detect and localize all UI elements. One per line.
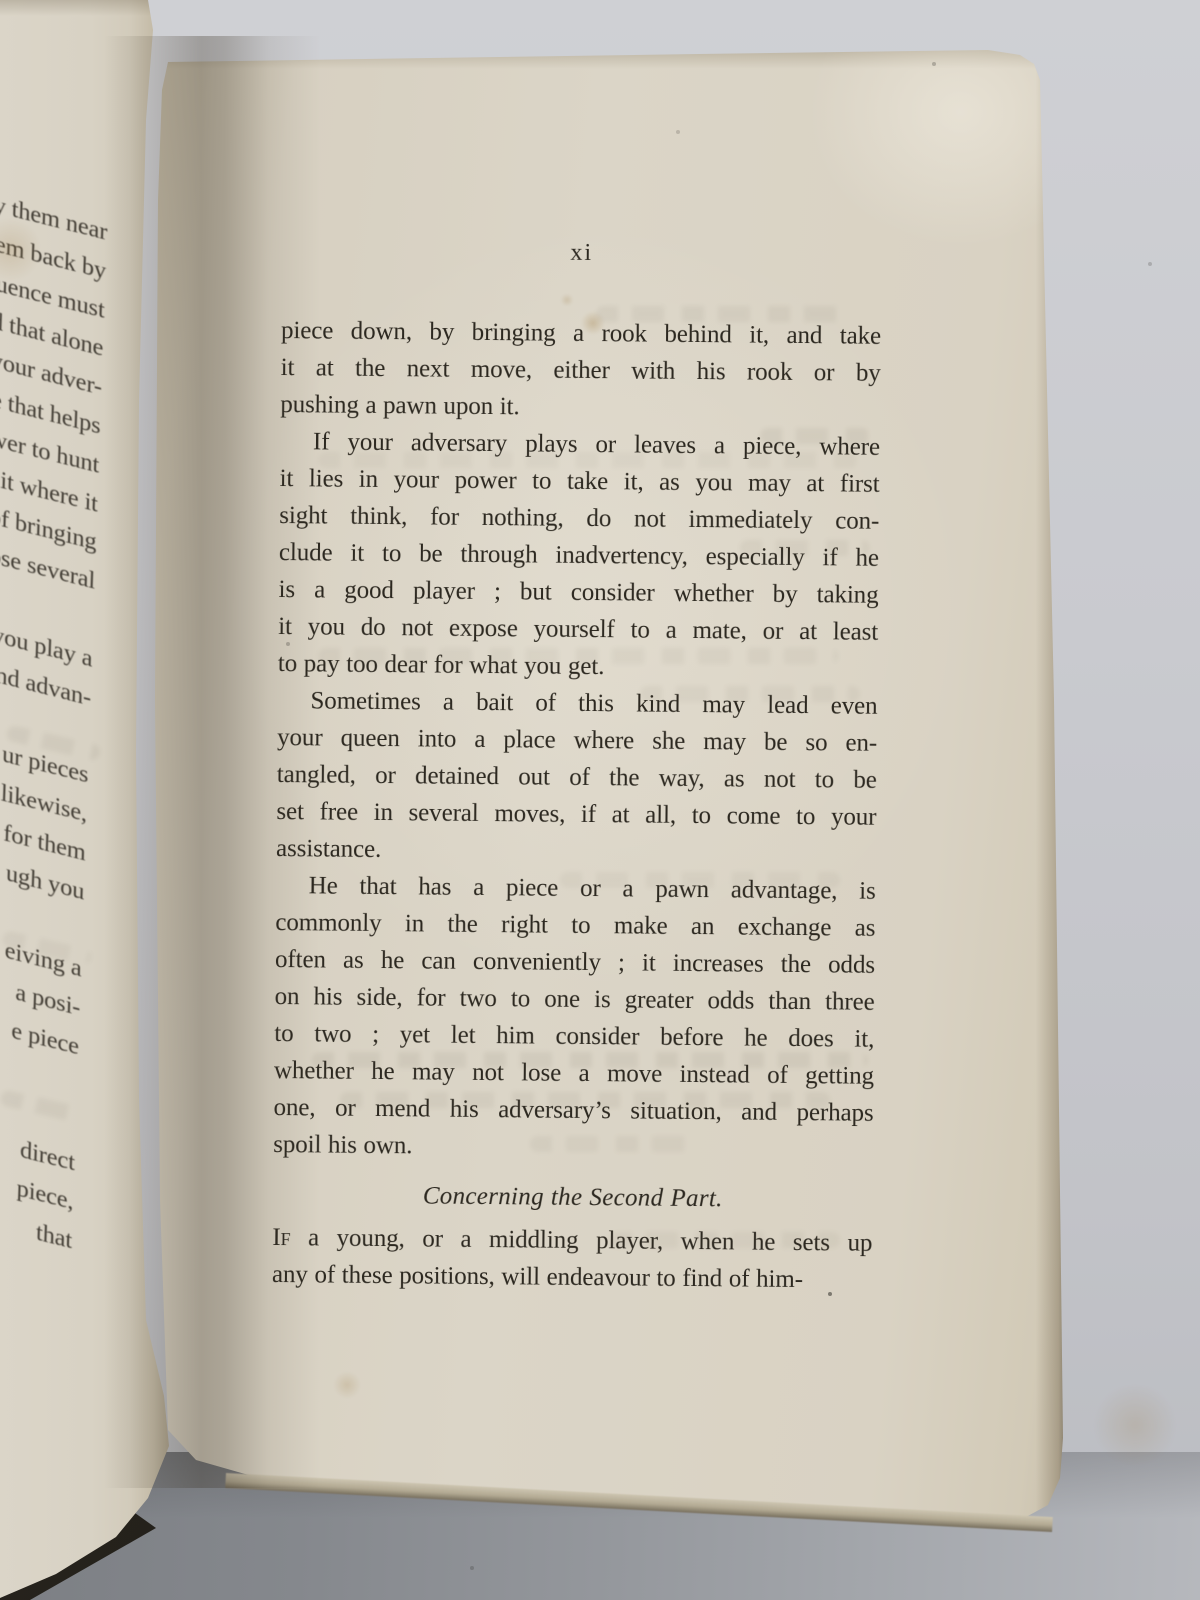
text-line: Sometimes a bait of this kind may lead e…: [277, 682, 877, 725]
typeset-area: xi piece down, by bringing a rook behind…: [272, 232, 882, 1299]
dust-speck: [676, 130, 680, 134]
text-line: assistance.: [276, 830, 876, 873]
text-line: whether he may not lose a move instead o…: [274, 1052, 874, 1095]
dust-speck: [828, 1292, 832, 1296]
text-line: it you do not expose yourself to a mate,…: [278, 608, 878, 651]
text-line: pushing a pawn upon it.: [280, 386, 880, 429]
dust-speck: [286, 642, 290, 646]
text-line: it at the next move, either with his roo…: [281, 349, 881, 392]
text-line: He that has a piece or a pawn advantage,…: [276, 867, 876, 910]
text-line: clude it to be through inadvertency, esp…: [279, 534, 879, 577]
text-line: to two ; yet let him consider before he …: [274, 1015, 874, 1058]
closing-paragraph: If a young, or a middling player, when h…: [272, 1219, 873, 1299]
right-page: xi piece down, by bringing a rook behind…: [0, 0, 1200, 1600]
text-line: If your adversary plays or leaves a piec…: [280, 423, 880, 466]
dust-speck: [932, 62, 936, 66]
body-text: piece down, by bringing a rook behind it…: [273, 312, 881, 1169]
text-line: to pay too dear for what you get.: [278, 645, 878, 688]
text-line: set free in several moves, if at all, to…: [276, 793, 876, 836]
book-photo: lay them nearhem back byquence mustd tha…: [0, 0, 1200, 1600]
text-line: piece down, by bringing a rook behind it…: [281, 312, 881, 355]
text-line: it lies in your power to take it, as you…: [279, 460, 879, 503]
text-line-rest: a young, or a middling player, when he s…: [290, 1224, 872, 1257]
text-line: is a good player ; but consider whether …: [278, 571, 878, 614]
text-line: spoil his own.: [273, 1126, 873, 1169]
text-line: your queen into a place where she may be…: [277, 719, 877, 762]
dust-speck: [470, 1566, 474, 1570]
text-line: on his side, for two to one is greater o…: [274, 978, 874, 1021]
page-number: xi: [282, 232, 882, 275]
text-line: tangled, or detained out of the way, as …: [277, 756, 877, 799]
text-line: any of these positions, will endeavour t…: [272, 1256, 872, 1299]
text-line: one, or mend his adversary’s situation, …: [273, 1089, 873, 1132]
dust-speck: [1148, 262, 1152, 266]
text-line: often as he can conveniently ; it increa…: [275, 941, 875, 984]
left-page-fragments: lay them nearhem back byquence mustd tha…: [0, 179, 108, 1261]
section-heading: Concerning the Second Part.: [273, 1176, 873, 1219]
text-line: If a young, or a middling player, when h…: [272, 1219, 872, 1262]
text-line: sight think, for nothing, do not immedia…: [279, 497, 879, 540]
text-line: commonly in the right to make an exchang…: [275, 904, 875, 947]
small-caps-opener: If: [272, 1224, 290, 1251]
